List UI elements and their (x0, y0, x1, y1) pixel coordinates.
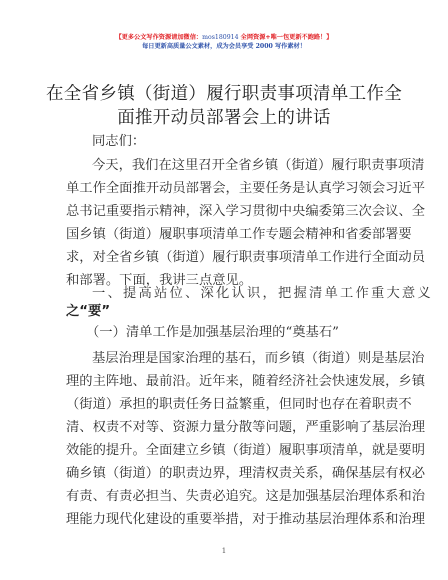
paragraph-line: 求，对全省乡镇（街道）履行职责事项清单工作进行全面动员 (66, 250, 384, 266)
section-heading-1-cont: 之“要” (66, 304, 384, 320)
title-line-2: 面推开动员部署会上的讲话 (40, 106, 408, 130)
paragraph-line: 有责、有责必担当、失责必追究。这是加强基层治理体系和治 (66, 489, 384, 505)
salutation: 同志们： (92, 134, 384, 150)
subsection-heading-1: （一）清单工作是加强基层治理的“奠基石” (86, 325, 378, 341)
document-page: 【更多公文写作资源请加微信：mos180914 全网资源+唯一包更新不跑路！】 … (0, 0, 448, 580)
document-title: 在全省乡镇（街道）履行职责事项清单工作全 面推开动员部署会上的讲话 (40, 82, 408, 130)
paragraph-line: 理能力现代化建设的重要举措，对于推动基层治理体系和治理 (66, 512, 384, 528)
wechat-id: mos180914 (202, 34, 238, 41)
paragraph-line: 效能的提升。全面建立乡镇（街道）履职事项清单，就是要明 (66, 443, 384, 459)
paragraph-line: （街道）承担的职责任务日益繁重，但同时也存在着职责不 (66, 397, 384, 413)
promo-text-suffix: 全网资源+唯一包更新不跑路！】 (239, 34, 333, 41)
promo-text: 【更多公文写作资源请加微信： (116, 34, 203, 41)
section-heading-1: 一、提高站位、深化认识，把握清单工作重大意义 (92, 286, 384, 302)
paragraph-line: 今天，我们在这里召开全省乡镇（街道）履行职责事项清 (92, 158, 384, 174)
promo-banner-line2: 每日更新高质量公文素材，成为会员享受 2000 写作素材！ (0, 42, 448, 51)
paragraph-line: 单工作全面推开动员部署会，主要任务是认真学习领会习近平 (66, 181, 384, 197)
paragraph-line: 确乡镇（街道）的职责边界，理清权责关系，确保基层有权必 (66, 466, 384, 482)
title-line-1: 在全省乡镇（街道）履行职责事项清单工作全 (40, 82, 408, 106)
promo-banner: 【更多公文写作资源请加微信：mos180914 全网资源+唯一包更新不跑路！】 … (0, 33, 448, 51)
promo-banner-line1: 【更多公文写作资源请加微信：mos180914 全网资源+唯一包更新不跑路！】 (0, 33, 448, 42)
paragraph-line: 理的主阵地、最前沿。近年来，随着经济社会快速发展，乡镇 (66, 374, 384, 390)
paragraph-line: 清、权责不对等、资源力量分散等问题，严重影响了基层治理 (66, 420, 384, 436)
paragraph-line: 总书记重要指示精神，深入学习贯彻中央编委第三次会议、全 (66, 204, 384, 220)
page-number: 1 (0, 547, 448, 555)
paragraph-line: 基层治理是国家治理的基石，而乡镇（街道）则是基层治 (92, 351, 384, 367)
paragraph-line: 国乡镇（街道）履职事项清单工作专题会精神和省委部署要 (66, 227, 384, 243)
